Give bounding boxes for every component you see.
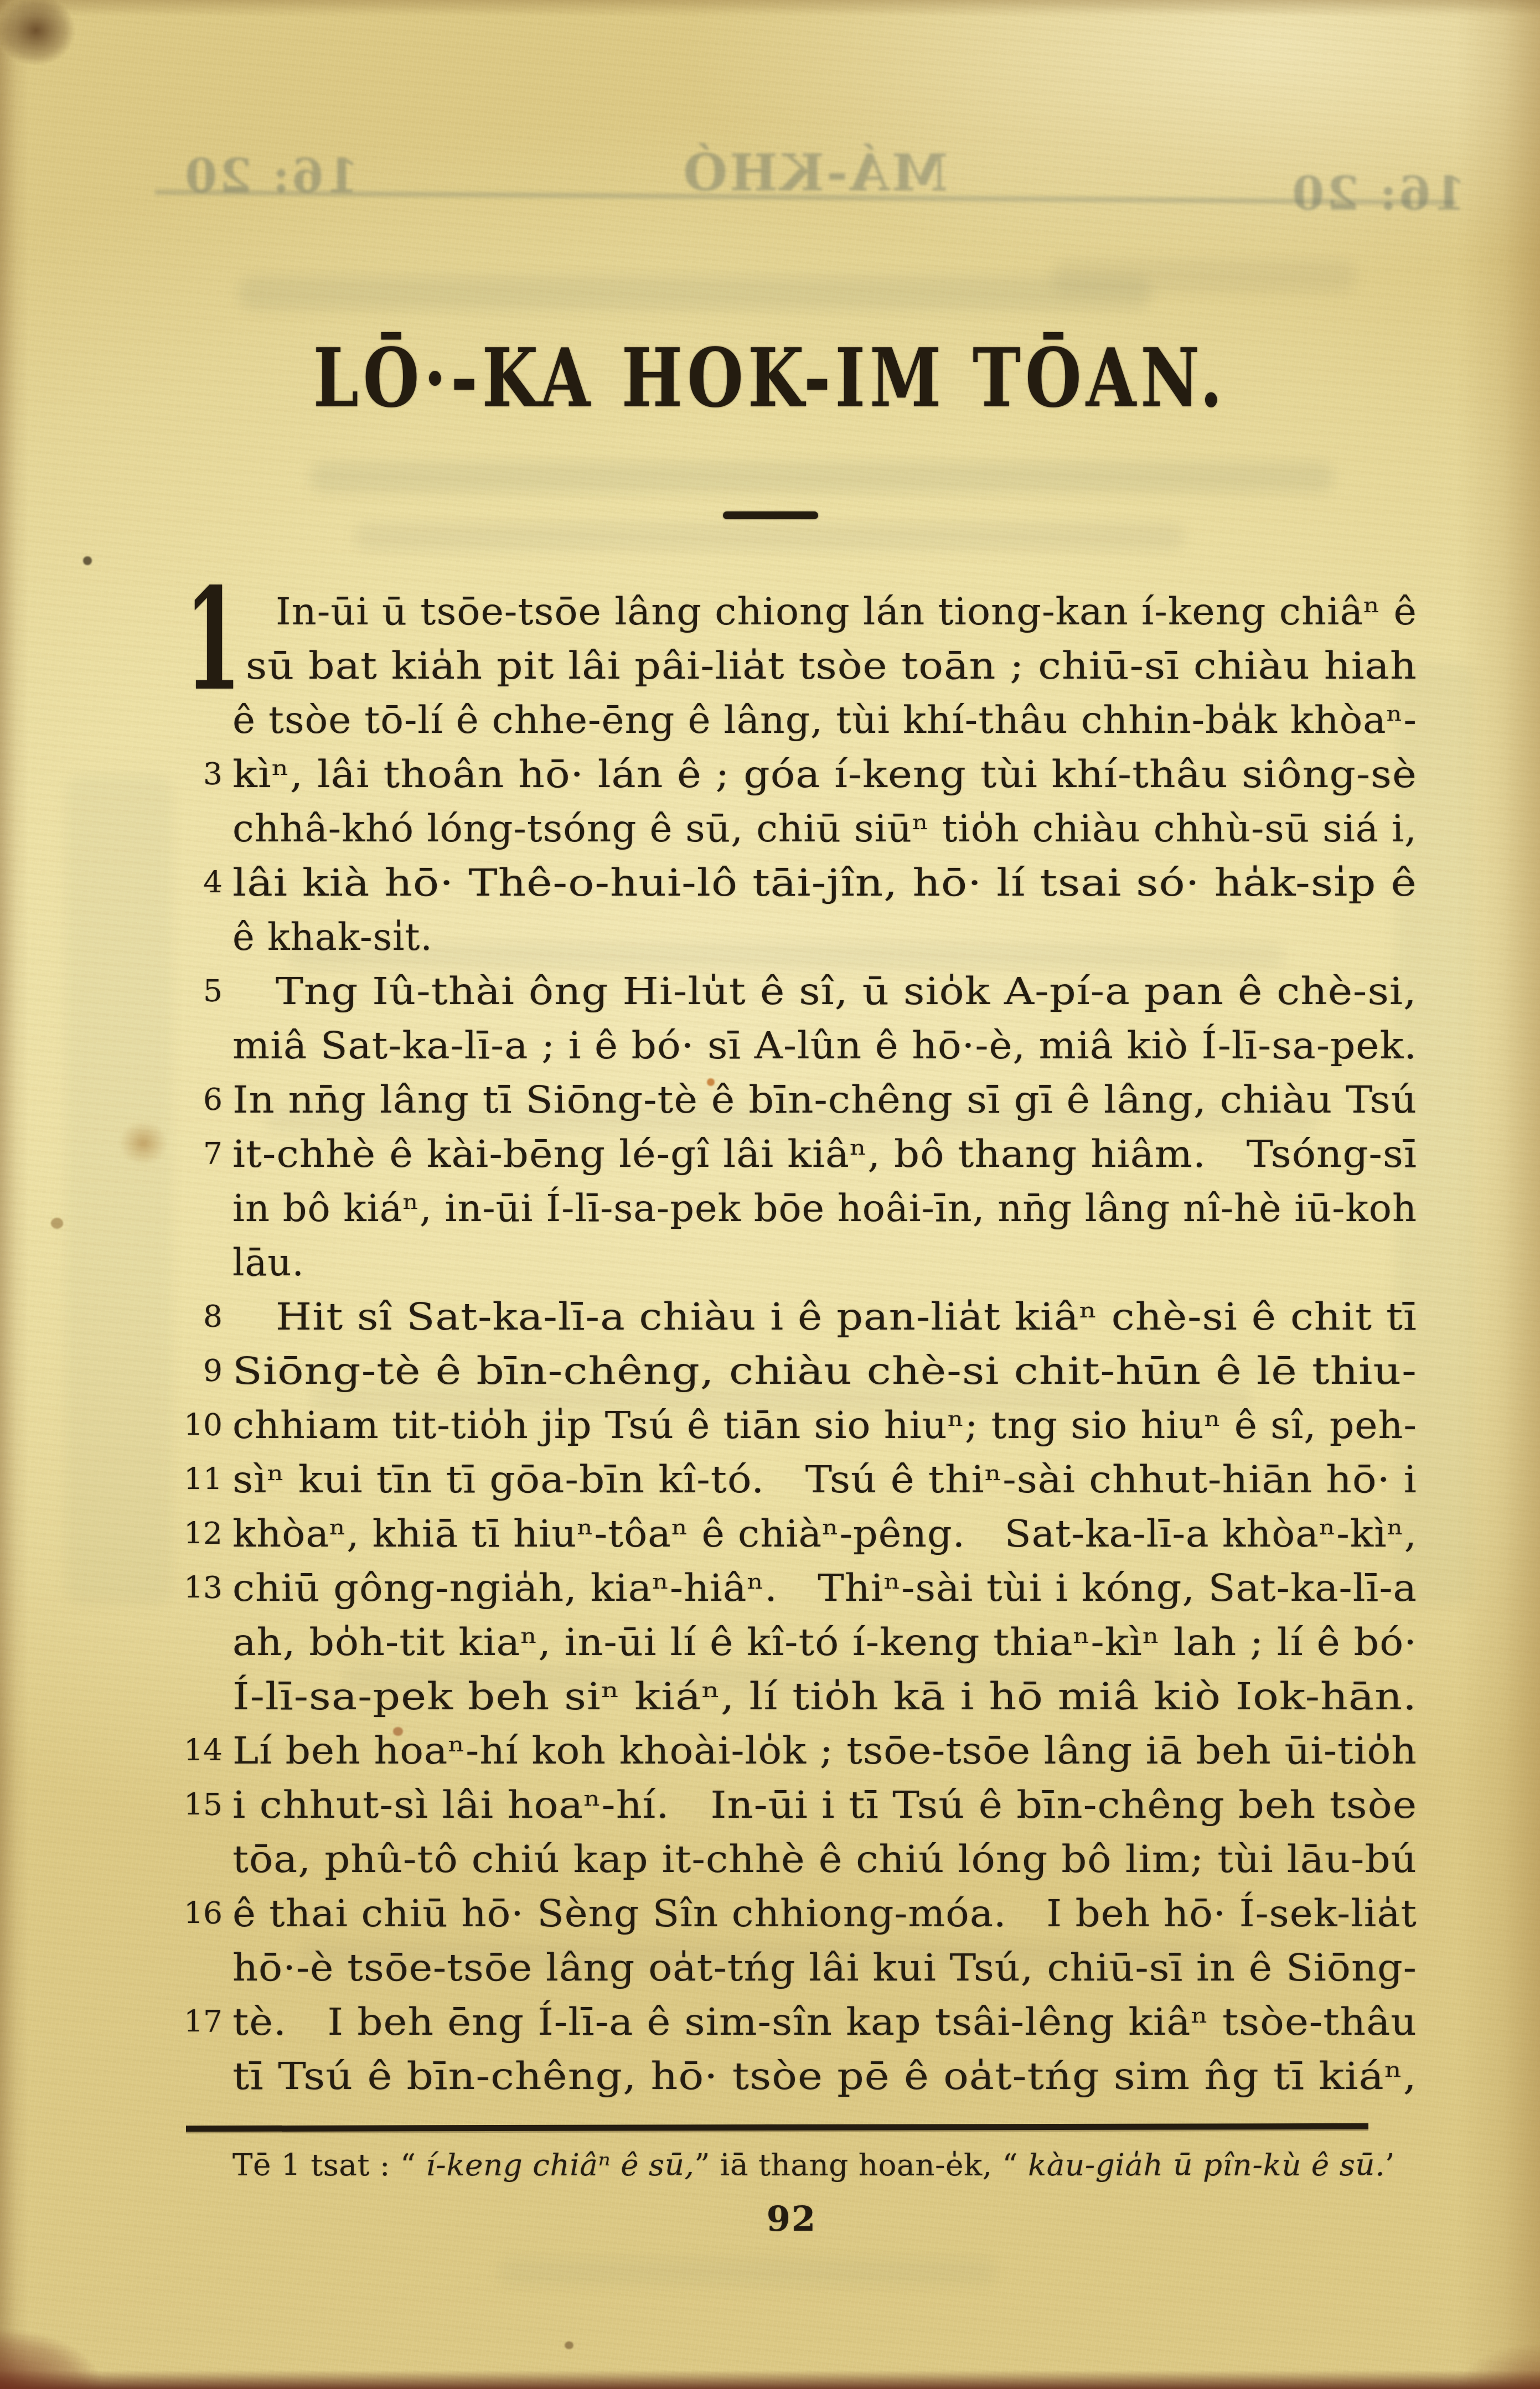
page-corner-top-left xyxy=(0,0,89,77)
verse-number: 13 xyxy=(177,1561,223,1614)
text-line: 8Hit sî Sat-ka-lī-a chiàu i ê pan-lia̍t … xyxy=(232,1290,1417,1344)
stain-spot xyxy=(565,2341,573,2349)
verse-number: 4 xyxy=(177,856,223,909)
verse-line-text: tè. I beh ēng Í-lī-a ê sim-sîn kap tsâi-… xyxy=(232,1995,1417,2049)
footnote-quoted-phrase: kàu-gia̍h ū pîn-kù ê sū. xyxy=(1028,2148,1385,2183)
text-line: sū bat kia̍h pit lâi pâi-lia̍t tsòe toān… xyxy=(232,639,1417,693)
text-line: 4lâi kià hō· Thê-o-hui-lô tāi-jîn, hō· l… xyxy=(232,856,1417,910)
verse-line-text: tī Tsú ê bīn-chêng, hō· tsòe pē ê oa̍t-t… xyxy=(232,2049,1417,2103)
text-line: 1In-ūi ū tsōe-tsōe lâng chiong lán tiong… xyxy=(232,585,1417,639)
verse-line-text: lāu. xyxy=(232,1235,304,1290)
verse-line-text: lâi kià hō· Thê-o-hui-lô tāi-jîn, hō· lí… xyxy=(232,856,1417,910)
verse-line-text: ah, bo̍h-tit kiaⁿ, in-ūi lí ê kî-tó í-ke… xyxy=(232,1615,1417,1669)
page-edge-left xyxy=(0,0,29,2389)
verse-text-block: 1In-ūi ū tsōe-tsōe lâng chiong lán tiong… xyxy=(232,585,1417,2103)
text-line: in bô kiáⁿ, in-ūi Í-lī-sa-pek bōe hoâi-ī… xyxy=(232,1181,1417,1235)
footnote-plain-text: ’ xyxy=(1385,2148,1395,2183)
page-edge-top xyxy=(0,0,1540,17)
verse-number: 3 xyxy=(177,747,223,800)
verse-line-text: In nn̄g lâng tī Siōng-tè ê bīn-chêng sī … xyxy=(232,1073,1417,1127)
verse-line-text: In-ūi ū tsōe-tsōe lâng chiong lán tiong-… xyxy=(276,585,1417,639)
text-line: 16ê thai chiū hō· Sèng Sîn chhiong-móa. … xyxy=(232,1886,1417,1941)
verse-line-text: tōa, phû-tô chiú kap it-chhè ê chiú lóng… xyxy=(232,1832,1417,1886)
text-line: chhâ-khó lóng-tsóng ê sū, chiū siūⁿ tio̍… xyxy=(232,801,1417,856)
footnote-rule xyxy=(186,2123,1368,2132)
ghost-bleed-smudge xyxy=(498,2258,996,2286)
page-edge-right xyxy=(1457,0,1540,2389)
verse-line-text: Hit sî Sat-ka-lī-a chiàu i ê pan-lia̍t k… xyxy=(276,1290,1417,1344)
page-title: LŌ·-KA HOK-IM TŌAN. xyxy=(154,331,1386,426)
verse-line-text: i chhut-sì lâi hoaⁿ-hí. In-ūi i tī Tsú ê… xyxy=(232,1778,1417,1832)
footnote-text: Tē 1 tsat : “ í-keng chiâⁿ ê sū,” iā tha… xyxy=(232,2143,1395,2188)
verse-line-text: sū bat kia̍h pit lâi pâi-lia̍t tsòe toān… xyxy=(246,639,1417,693)
verse-number: 12 xyxy=(177,1507,223,1560)
verse-number: 16 xyxy=(177,1886,223,1940)
verse-line-text: ê tsòe tō-lí ê chhe-ēng ê lâng, tùi khí-… xyxy=(232,693,1417,747)
scanned-book-page: 16: 20 MÁ-KHÓ 16: 20 LŌ·-KA HOK-IM TŌAN.… xyxy=(0,0,1540,2389)
verse-number: 8 xyxy=(177,1290,223,1343)
text-line: 7it-chhè ê kài-bēng lé-gî lâi kiâⁿ, bô t… xyxy=(232,1127,1417,1181)
verse-line-text: sìⁿ kui tīn tī gōa-bīn kî-tó. Tsú ê thiⁿ… xyxy=(232,1452,1417,1507)
text-line: ê tsòe tō-lí ê chhe-ēng ê lâng, tùi khí-… xyxy=(232,693,1417,747)
title-divider-dash xyxy=(723,511,818,519)
text-line: ah, bo̍h-tit kiaⁿ, in-ūi lí ê kî-tó í-ke… xyxy=(232,1615,1417,1669)
ghost-bleed-smudge xyxy=(310,462,1334,493)
text-line: lāu. xyxy=(232,1235,1417,1290)
verse-line-text: Tng Iû-thài ông Hi-lu̍t ê sî, ū sio̍k A-… xyxy=(276,964,1417,1018)
text-line: 14Lí beh hoaⁿ-hí koh khoài-lo̍k ; tsōe-t… xyxy=(232,1724,1417,1778)
text-line: ê khak-si̍t. xyxy=(232,910,1417,964)
verse-number: 17 xyxy=(177,1995,223,2048)
text-line: 10chhiam tit-tio̍h ji̍p Tsú ê tiān sio h… xyxy=(232,1398,1417,1452)
text-line: 12khòaⁿ, khiā tī hiuⁿ-tôaⁿ ê chiàⁿ-pêng.… xyxy=(232,1507,1417,1561)
footnote-plain-text: Tē 1 tsat : “ xyxy=(232,2148,426,2183)
verse-line-text: Í-lī-sa-pek beh siⁿ kiáⁿ, lí tio̍h kā i … xyxy=(232,1669,1417,1724)
text-line: hō·-è tsōe-tsōe lâng oa̍t-tńg lâi kui Ts… xyxy=(232,1941,1417,1995)
text-line: tōa, phû-tô chiú kap it-chhè ê chiú lóng… xyxy=(232,1832,1417,1886)
stain-spot xyxy=(119,1121,168,1165)
text-line: 6In nn̄g lâng tī Siōng-tè ê bīn-chêng sī… xyxy=(232,1073,1417,1127)
text-line: 13chiū gông-ngia̍h, kiaⁿ-hiâⁿ. Thiⁿ-sài … xyxy=(232,1561,1417,1615)
text-line: miâ Sat-ka-lī-a ; i ê bó· sī A-lûn ê hō·… xyxy=(232,1018,1417,1073)
stain-spot xyxy=(83,556,92,565)
verse-number: 6 xyxy=(177,1073,223,1126)
footnote-plain-text: ” iā thang hoan-e̍k, “ xyxy=(694,2148,1028,2183)
verse-line-text: chhiam tit-tio̍h ji̍p Tsú ê tiān sio hiu… xyxy=(232,1398,1417,1452)
verse-line-text: chiū gông-ngia̍h, kiaⁿ-hiâⁿ. Thiⁿ-sài tù… xyxy=(232,1561,1417,1615)
verse-number: 5 xyxy=(177,964,223,1017)
ghost-bleed-center: MÁ-KHÓ xyxy=(681,143,948,203)
verse-number: 9 xyxy=(177,1344,223,1397)
footnote: Tē 1 tsat : “ í-keng chiâⁿ ê sū,” iā tha… xyxy=(232,2143,1395,2188)
verse-number: 11 xyxy=(177,1452,223,1506)
verse-number: 10 xyxy=(177,1398,223,1451)
verse-line-text: in bô kiáⁿ, in-ūi Í-lī-sa-pek bōe hoâi-ī… xyxy=(232,1181,1417,1235)
verse-line-text: Lí beh hoaⁿ-hí koh khoài-lo̍k ; tsōe-tsō… xyxy=(232,1724,1417,1778)
verse-line-text: it-chhè ê kài-bēng lé-gî lâi kiâⁿ, bô th… xyxy=(232,1127,1417,1181)
ghost-bleed-smudge xyxy=(354,523,1185,551)
verse-line-text: ê thai chiū hō· Sèng Sîn chhiong-móa. I … xyxy=(232,1886,1417,1941)
text-line: 15i chhut-sì lâi hoaⁿ-hí. In-ūi i tī Tsú… xyxy=(232,1778,1417,1832)
verse-line-text: ê khak-si̍t. xyxy=(232,910,433,964)
verse-line-text: miâ Sat-ka-lī-a ; i ê bó· sī A-lûn ê hō·… xyxy=(232,1018,1417,1073)
text-line: 17tè. I beh ēng Í-lī-a ê sim-sîn kap tsâ… xyxy=(232,1995,1417,2049)
page-number: 92 xyxy=(0,2199,1540,2239)
verse-number: 15 xyxy=(177,1778,223,1831)
verse-line-text: Siōng-tè ê bīn-chêng, chiàu chè-si chit-… xyxy=(232,1344,1417,1398)
ghost-bleed-smudge xyxy=(66,775,172,1605)
verse-line-text: kìⁿ, lâi thoân hō· lán ê ; góa í-keng tù… xyxy=(232,747,1417,801)
ghost-bleed-right: 16: 20 xyxy=(1290,166,1466,221)
ghost-bleed-smudge xyxy=(238,277,1151,310)
text-line: 9Siōng-tè ê bīn-chêng, chiàu chè-si chit… xyxy=(232,1344,1417,1398)
verse-line-text: hō·-è tsōe-tsōe lâng oa̍t-tńg lâi kui Ts… xyxy=(232,1941,1417,1995)
text-line: 11sìⁿ kui tīn tī gōa-bīn kî-tó. Tsú ê th… xyxy=(232,1452,1417,1507)
ghost-bleed-smudge xyxy=(1052,260,1356,293)
verse-number: 14 xyxy=(177,1724,223,1777)
text-line: 3kìⁿ, lâi thoân hō· lán ê ; góa í-keng t… xyxy=(232,747,1417,801)
verse-line-text: chhâ-khó lóng-tsóng ê sū, chiū siūⁿ tio̍… xyxy=(232,801,1417,856)
page-edge-bottom xyxy=(0,2370,1540,2389)
verse-line-text: khòaⁿ, khiā tī hiuⁿ-tôaⁿ ê chiàⁿ-pêng. S… xyxy=(232,1507,1417,1561)
page-corner-bottom-left xyxy=(0,2300,177,2389)
verse-number: 7 xyxy=(177,1127,223,1180)
stain-spot xyxy=(51,1218,63,1229)
footnote-quoted-phrase: í-keng chiâⁿ ê sū, xyxy=(426,2148,694,2183)
text-line: 5Tng Iû-thài ông Hi-lu̍t ê sî, ū sio̍k A… xyxy=(232,964,1417,1018)
text-line: tī Tsú ê bīn-chêng, hō· tsòe pē ê oa̍t-t… xyxy=(232,2049,1417,2103)
text-line: Í-lī-sa-pek beh siⁿ kiáⁿ, lí tio̍h kā i … xyxy=(232,1669,1417,1724)
page-corner-bottom-right xyxy=(1396,2323,1540,2389)
